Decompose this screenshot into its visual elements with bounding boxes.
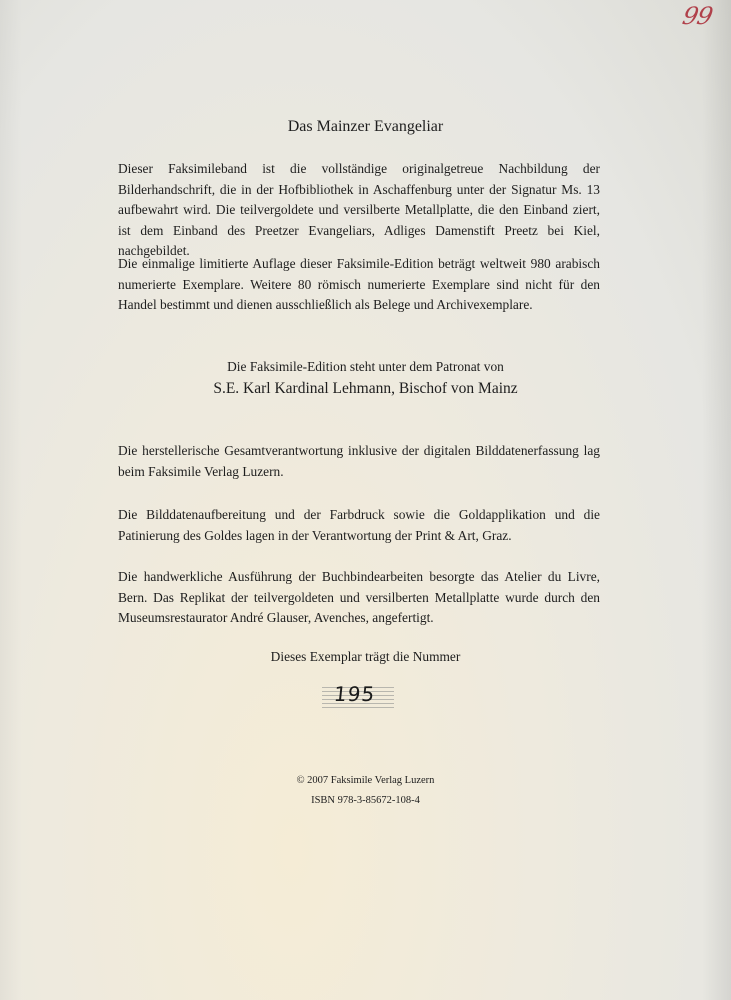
paragraph-printing: Die Bilddatenaufbereitung und der Farbdr… — [118, 505, 600, 546]
paragraph-binding: Die handwerkliche Ausführung der Buchbin… — [118, 567, 600, 629]
handwritten-page-number: 99 — [680, 2, 714, 30]
paragraph-facsimile-description: Dieser Faksimileband ist die vollständig… — [118, 159, 600, 262]
paragraph-edition-limit: Die einmalige limitierte Auflage dieser … — [118, 254, 600, 316]
document-title: Das Mainzer Evangeliar — [0, 118, 731, 136]
patronage-intro: Die Faksimile-Edition steht unter dem Pa… — [0, 359, 731, 375]
paragraph-production: Die herstellerische Gesamtverantwortung … — [118, 441, 600, 482]
handwritten-copy-number: 195 — [333, 682, 377, 706]
patron-name: S.E. Karl Kardinal Lehmann, Bischof von … — [0, 380, 731, 398]
copy-number-intro: Dieses Exemplar trägt die Nummer — [0, 649, 731, 665]
document-page: 99 Das Mainzer Evangeliar Dieser Faksimi… — [0, 0, 731, 1000]
isbn: ISBN 978-3-85672-108-4 — [0, 795, 731, 806]
copyright-notice: © 2007 Faksimile Verlag Luzern — [0, 775, 731, 786]
